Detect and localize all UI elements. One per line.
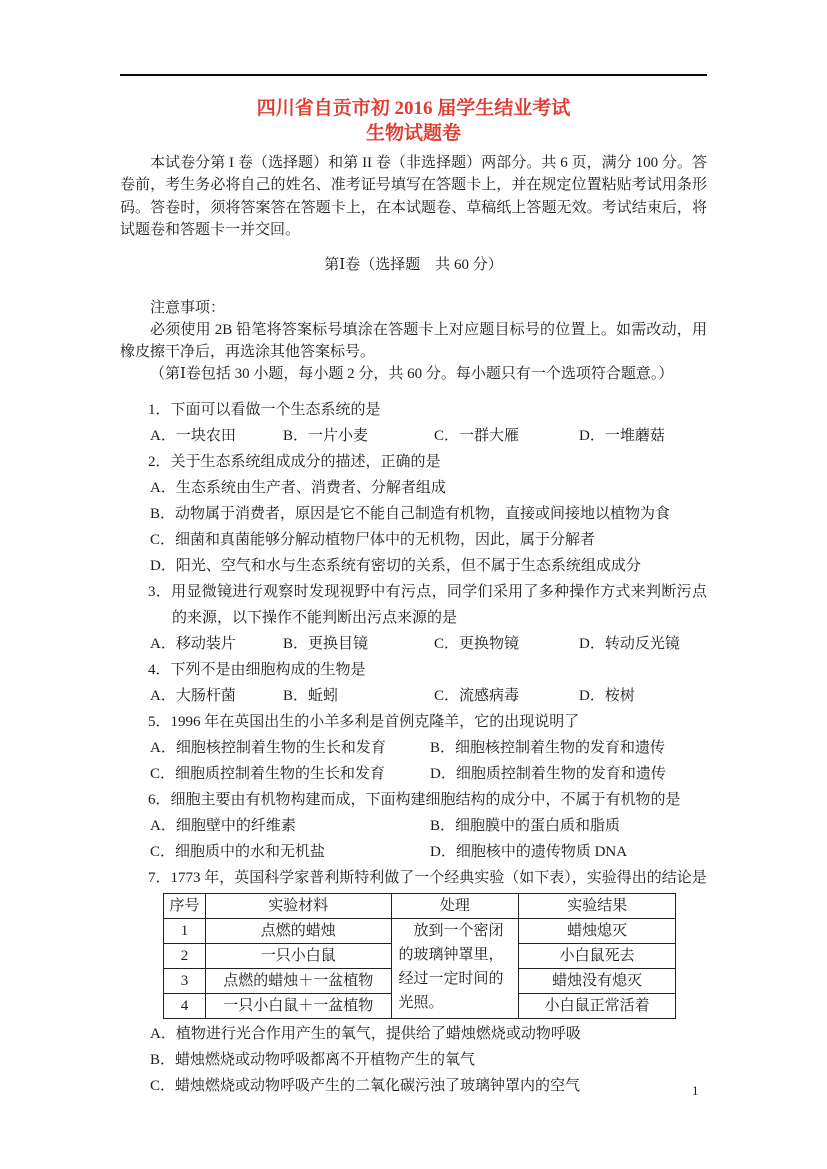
question-5-option-C: C．细胞质控制着生物的生长和发育	[150, 761, 430, 787]
experiment-table-header-row: 序号实验材料处理实验结果	[164, 894, 676, 919]
question-3-option-A: A．移动装片	[150, 631, 283, 657]
question-3-option-D: D．转动反光镜	[579, 631, 707, 657]
question-1: 1．下面可以看做一个生态系统的是A．一块农田B．一片小麦C．一群大雁D．一堆蘑菇	[120, 397, 707, 449]
experiment-table-header-1: 实验材料	[205, 894, 391, 919]
experiment-row-no: 1	[164, 919, 206, 944]
question-7: 7．1773 年，英国科学家普利斯特利做了一个经典实验（如下表），实验得出的结论…	[120, 865, 707, 1099]
question-1-stem: 1．下面可以看做一个生态系统的是	[120, 397, 707, 423]
question-6-option-A: A．细胞壁中的纤维素	[150, 813, 430, 839]
question-5-options: A．细胞核控制着生物的生长和发育B．细胞核控制着生物的发育和遗传C．细胞质控制着…	[120, 735, 707, 787]
question-5-option-A: A．细胞核控制着生物的生长和发育	[150, 735, 430, 761]
experiment-row-material: 一只小白鼠	[205, 944, 391, 969]
experiment-table-header-3: 实验结果	[519, 894, 676, 919]
notice-title: 注意事项：	[120, 297, 707, 319]
question-3-option-B: B．更换目镜	[283, 631, 434, 657]
question-6-stem: 6．细胞主要由有机物构建而成，下面构建细胞结构的成分中，不属于有机物的是	[120, 787, 707, 813]
experiment-table-row: 1点燃的蜡烛放到一个密闭的玻璃钟罩里，经过一定时间的光照。蜡烛熄灭	[164, 919, 676, 944]
question-4-option-B: B．蚯蚓	[283, 683, 434, 709]
experiment-row-no: 4	[164, 994, 206, 1019]
notice-block: 注意事项： 必须使用 2B 铅笔将答案标号填涂在答题卡上对应题目标号的位置上。如…	[120, 297, 707, 385]
experiment-table-header-2: 处理	[391, 894, 519, 919]
question-2: 2．关于生态系统组成成分的描述，正确的是A．生态系统由生产者、消费者、分解者组成…	[120, 449, 707, 579]
question-6-option-B: B．细胞膜中的蛋白质和脂质	[430, 813, 707, 839]
page-content: 四川省自贡市初 2016 届学生结业考试 生物试题卷 本试卷分第 I 卷（选择题…	[120, 96, 707, 1099]
question-7-option-C: C．蜡烛燃烧或动物呼吸产生的二氧化碳污浊了玻璃钟罩内的空气	[150, 1073, 707, 1099]
question-list: 1．下面可以看做一个生态系统的是A．一块农田B．一片小麦C．一群大雁D．一堆蘑菇…	[120, 397, 707, 1099]
question-3: 3．用显微镜进行观察时发现视野中有污点，同学们采用了多种操作方式来判断污点的来源…	[120, 579, 707, 657]
question-1-option-A: A．一块农田	[150, 423, 283, 449]
question-1-option-D: D．一堆蘑菇	[579, 423, 707, 449]
question-5-option-B: B．细胞核控制着生物的发育和遗传	[430, 735, 707, 761]
question-6-options: A．细胞壁中的纤维素B．细胞膜中的蛋白质和脂质C．细胞质中的水和无机盐D．细胞核…	[120, 813, 707, 865]
experiment-table: 序号实验材料处理实验结果1点燃的蜡烛放到一个密闭的玻璃钟罩里，经过一定时间的光照…	[163, 893, 676, 1019]
question-3-stem: 3．用显微镜进行观察时发现视野中有污点，同学们采用了多种操作方式来判断污点的来源…	[120, 579, 707, 631]
notice-note: （第Ⅰ卷包括 30 小题，每小题 2 分，共 60 分。每小题只有一个选项符合题…	[120, 363, 707, 385]
question-7-option-A: A．植物进行光合作用产生的氧气，提供给了蜡烛燃烧或动物呼吸	[150, 1021, 707, 1047]
question-3-option-C: C．更换物镜	[434, 631, 579, 657]
exam-title-line2: 生物试题卷	[120, 121, 707, 146]
question-5-option-D: D．细胞质控制着生物的发育和遗传	[430, 761, 707, 787]
question-7-option-B: B．蜡烛燃烧或动物呼吸都离不开植物产生的氧气	[150, 1047, 707, 1073]
question-2-options: A．生态系统由生产者、消费者、分解者组成B．动物属于消费者，原因是它不能自己制造…	[120, 475, 707, 579]
question-1-option-C: C．一群大雁	[434, 423, 579, 449]
experiment-table-header-0: 序号	[164, 894, 206, 919]
experiment-row-result: 小白鼠正常活着	[519, 994, 676, 1019]
question-1-options: A．一块农田B．一片小麦C．一群大雁D．一堆蘑菇	[120, 423, 707, 449]
question-5: 5．1996 年在英国出生的小羊多利是首例克隆羊，它的出现说明了A．细胞核控制着…	[120, 709, 707, 787]
experiment-row-material: 一只小白鼠＋一盆植物	[205, 994, 391, 1019]
question-3-options: A．移动装片B．更换目镜C．更换物镜D．转动反光镜	[120, 631, 707, 657]
exam-page: 四川省自贡市初 2016 届学生结业考试 生物试题卷 本试卷分第 I 卷（选择题…	[0, 0, 827, 1169]
question-2-option-C: C．细菌和真菌能够分解动植物尸体中的无机物，因此，属于分解者	[150, 527, 707, 553]
page-number: 1	[692, 1082, 699, 1100]
question-2-option-B: B．动物属于消费者，原因是它不能自己制造有机物，直接或间接地以植物为食	[150, 501, 707, 527]
section1-header: 第Ⅰ卷（选择题 共 60 分）	[120, 255, 707, 275]
experiment-row-no: 3	[164, 969, 206, 994]
question-4-stem: 4．下列不是由细胞构成的生物是	[120, 657, 707, 683]
question-6: 6．细胞主要由有机物构建而成，下面构建细胞结构的成分中，不属于有机物的是A．细胞…	[120, 787, 707, 865]
experiment-row-material: 点燃的蜡烛	[205, 919, 391, 944]
experiment-row-result: 蜡烛没有熄灭	[519, 969, 676, 994]
question-2-option-A: A．生态系统由生产者、消费者、分解者组成	[150, 475, 707, 501]
question-1-option-B: B．一片小麦	[283, 423, 434, 449]
question-7-options: A．植物进行光合作用产生的氧气，提供给了蜡烛燃烧或动物呼吸B．蜡烛燃烧或动物呼吸…	[120, 1021, 707, 1099]
question-5-stem: 5．1996 年在英国出生的小羊多利是首例克隆羊，它的出现说明了	[120, 709, 707, 735]
question-6-option-D: D．细胞核中的遗传物质 DNA	[430, 839, 707, 865]
question-4-option-C: C．流感病毒	[434, 683, 579, 709]
experiment-row-material: 点燃的蜡烛＋一盆植物	[205, 969, 391, 994]
question-4-option-D: D．桉树	[579, 683, 707, 709]
experiment-row-result: 小白鼠死去	[519, 944, 676, 969]
question-4-option-A: A．大肠杆菌	[150, 683, 283, 709]
question-7-stem: 7．1773 年，英国科学家普利斯特利做了一个经典实验（如下表），实验得出的结论…	[120, 865, 707, 891]
question-4-options: A．大肠杆菌B．蚯蚓C．流感病毒D．桉树	[120, 683, 707, 709]
exam-title-line1: 四川省自贡市初 2016 届学生结业考试	[120, 96, 707, 121]
question-2-stem: 2．关于生态系统组成成分的描述，正确的是	[120, 449, 707, 475]
question-6-option-C: C．细胞质中的水和无机盐	[150, 839, 430, 865]
notice-body: 必须使用 2B 铅笔将答案标号填涂在答题卡上对应题目标号的位置上。如需改动，用橡…	[120, 319, 707, 363]
question-2-option-D: D．阳光、空气和水与生态系统有密切的关系，但不属于生态系统组成成分	[150, 553, 707, 579]
experiment-row-result: 蜡烛熄灭	[519, 919, 676, 944]
header-rule	[120, 74, 707, 76]
exam-intro-paragraph: 本试卷分第 I 卷（选择题）和第 II 卷（非选择题）两部分。共 6 页，满分 …	[120, 152, 707, 241]
question-4: 4．下列不是由细胞构成的生物是A．大肠杆菌B．蚯蚓C．流感病毒D．桉树	[120, 657, 707, 709]
experiment-row-no: 2	[164, 944, 206, 969]
experiment-treatment-cell: 放到一个密闭的玻璃钟罩里，经过一定时间的光照。	[391, 919, 519, 1019]
